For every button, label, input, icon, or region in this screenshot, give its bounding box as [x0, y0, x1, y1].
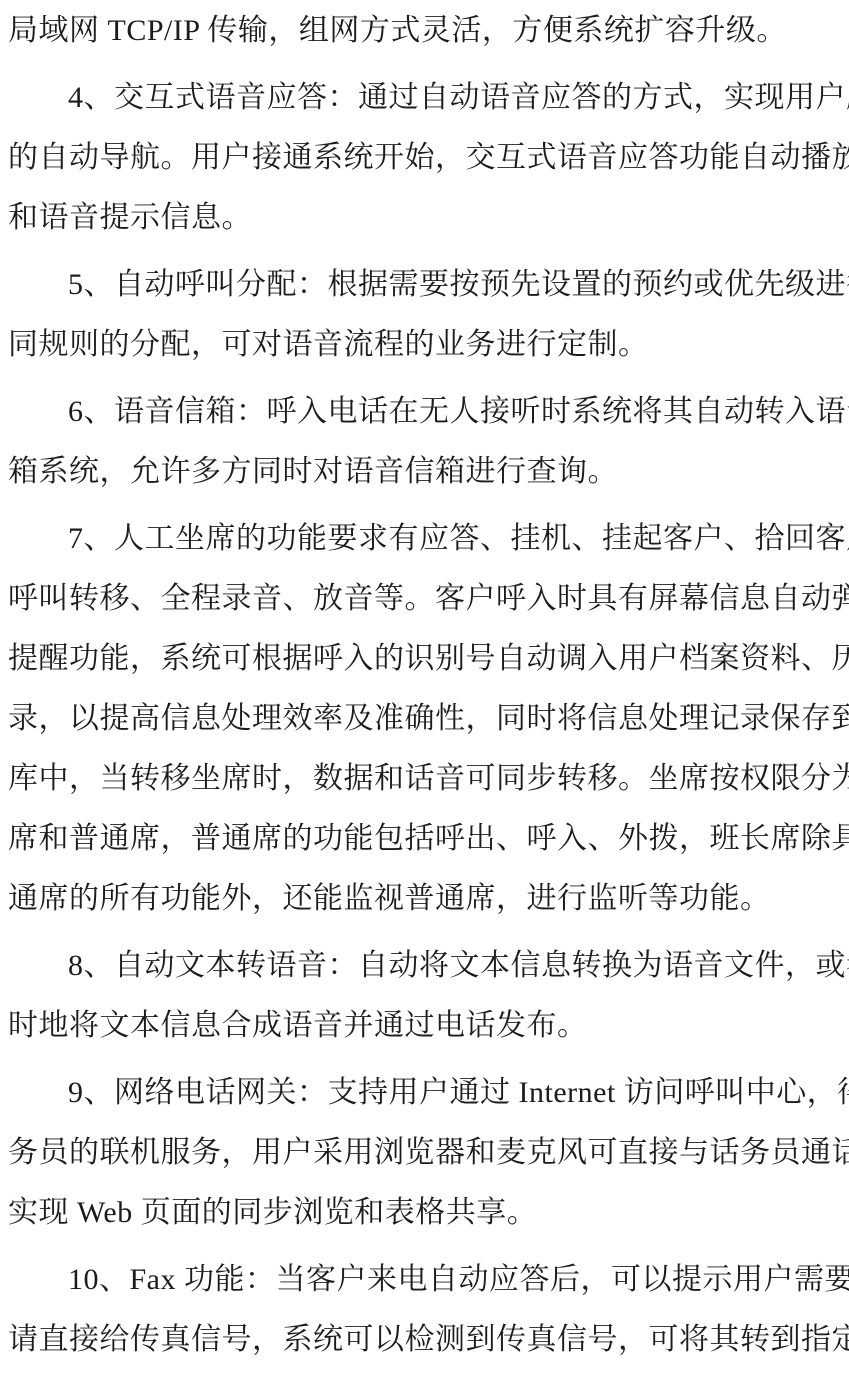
text-line: 呼叫转移、全程录音、放音等。客户呼入时具有屏幕信息自动弹出等	[8, 569, 841, 629]
text-line: 席和普通席，普通席的功能包括呼出、呼入、外拨，班长席除具有普	[8, 809, 841, 869]
text-line: 7、人工坐席的功能要求有应答、挂机、挂起客户、拾回客户、	[8, 509, 841, 569]
text-line: 通席的所有功能外，还能监视普通席，进行监听等功能。	[8, 869, 841, 929]
paragraph-lan-transport: 局域网 TCP/IP 传输，组网方式灵活，方便系统扩容升级。	[8, 1, 841, 61]
text-line: 10、Fax 功能：当客户来电自动应答后，可以提示用户需要传真	[8, 1250, 841, 1310]
text-line: 6、语音信箱：呼入电话在无人接听时系统将其自动转入语音信	[8, 382, 841, 442]
text-line: 箱系统，允许多方同时对语音信箱进行查询。	[8, 442, 841, 502]
text-line: 时地将文本信息合成语音并通过电话发布。	[8, 996, 841, 1056]
text-line: 务员的联机服务，用户采用浏览器和麦克风可直接与话务员通话，并	[8, 1123, 841, 1183]
text-line: 实现 Web 页面的同步浏览和表格共享。	[8, 1183, 841, 1243]
text-line: 9、网络电话网关：支持用户通过 Internet 访问呼叫中心，得到话	[8, 1063, 841, 1123]
paragraph-6-voicemail: 6、语音信箱：呼入电话在无人接听时系统将其自动转入语音信 箱系统，允许多方同时对…	[8, 382, 841, 502]
text-line: 和语音提示信息。	[8, 188, 841, 248]
text-line: 8、自动文本转语音：自动将文本信息转换为语音文件，或者实	[8, 936, 841, 996]
text-line: 提醒功能，系统可根据呼入的识别号自动调入用户档案资料、历史记	[8, 629, 841, 689]
paragraph-8-tts: 8、自动文本转语音：自动将文本信息转换为语音文件，或者实 时地将文本信息合成语音…	[8, 936, 841, 1056]
paragraph-10-fax: 10、Fax 功能：当客户来电自动应答后，可以提示用户需要传真 请直接给传真信号…	[8, 1250, 841, 1370]
paragraph-7-agent: 7、人工坐席的功能要求有应答、挂机、挂起客户、拾回客户、 呼叫转移、全程录音、放…	[8, 509, 841, 929]
text-line: 录，以提高信息处理效率及准确性，同时将信息处理记录保存到数据	[8, 689, 841, 749]
text-line: 局域网 TCP/IP 传输，组网方式灵活，方便系统扩容升级。	[8, 1, 841, 61]
text-line: 请直接给传真信号，系统可以检测到传真信号，可将其转到指定的传	[8, 1310, 841, 1370]
text-line: 库中，当转移坐席时，数据和话音可同步转移。坐席按权限分为班长	[8, 749, 841, 809]
text-line: 同规则的分配，可对语音流程的业务进行定制。	[8, 315, 841, 375]
paragraph-5-acd: 5、自动呼叫分配：根据需要按预先设置的预约或优先级进行不 同规则的分配，可对语音…	[8, 255, 841, 375]
text-line: 的自动导航。用户接通系统开始，交互式语音应答功能自动播放问候	[8, 128, 841, 188]
document-page: 局域网 TCP/IP 传输，组网方式灵活，方便系统扩容升级。 4、交互式语音应答…	[0, 0, 849, 1377]
paragraph-9-internet-gateway: 9、网络电话网关：支持用户通过 Internet 访问呼叫中心，得到话 务员的联…	[8, 1063, 841, 1243]
text-line: 5、自动呼叫分配：根据需要按预先设置的预约或优先级进行不	[8, 255, 841, 315]
text-line: 4、交互式语音应答：通过自动语音应答的方式，实现用户服务	[8, 68, 841, 128]
paragraph-4-ivr: 4、交互式语音应答：通过自动语音应答的方式，实现用户服务 的自动导航。用户接通系…	[8, 68, 841, 248]
